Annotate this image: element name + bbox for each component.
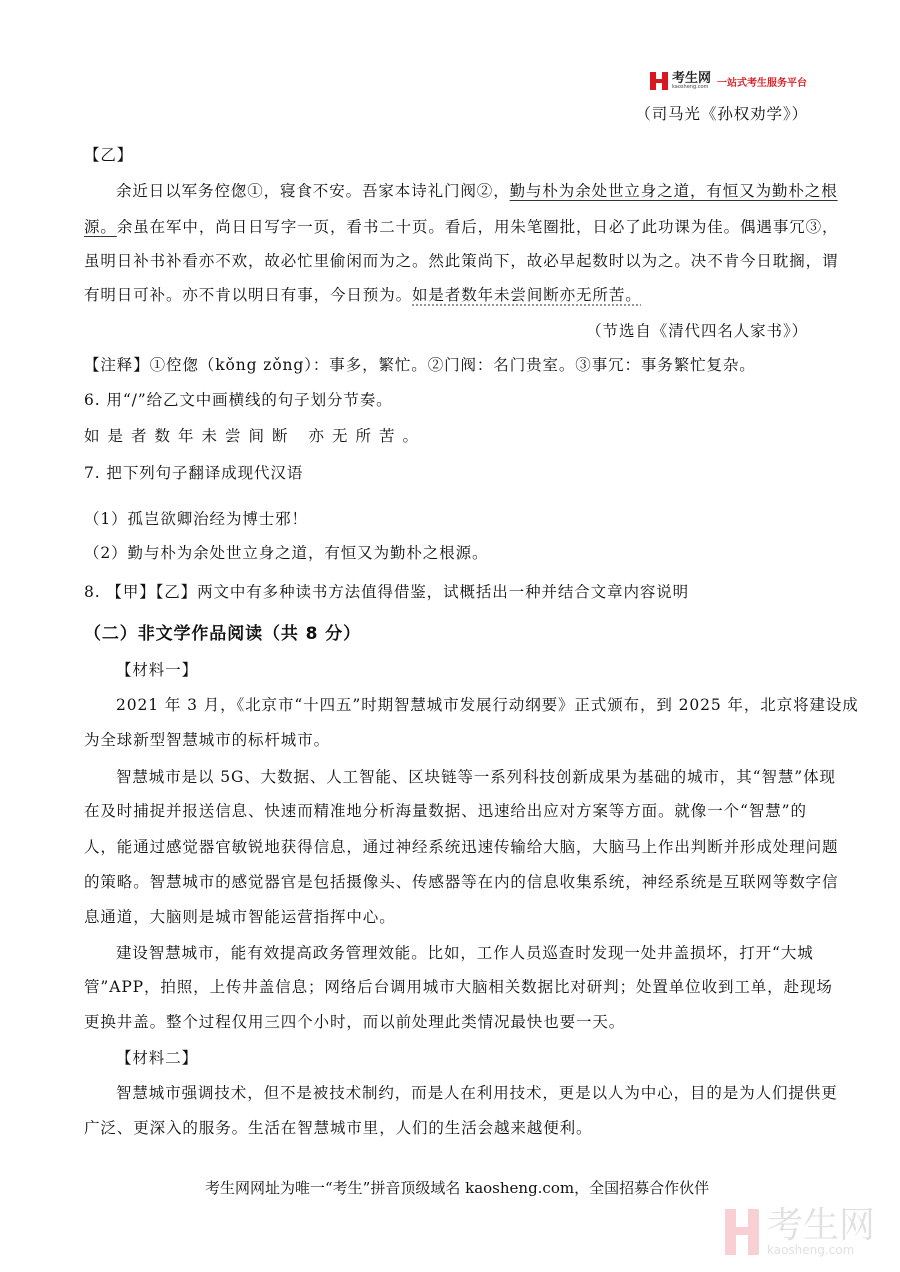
material-1-p2-line-3: 人，能通过感觉器官敏锐地获得信息，通过神经系统迅速传输给大脑，大脑马上作出判断并…	[84, 837, 838, 857]
material-1-p3-line-2: 管”APP，拍照，上传井盖信息；网络后台调用城市大脑相关数据比对研判；处置单位收…	[84, 977, 833, 997]
question-7: 7. 把下列句子翻译成现代汉语	[84, 463, 303, 483]
footer-text: 考生网网址为唯一“考生”拼音顶级域名 kaosheng.com，全国招募合作伙伴	[205, 1177, 709, 1198]
logo-slogan: 一站式考生服务平台	[717, 74, 807, 89]
underlined-sentence: 勤与朴为余处世立身之道，有恒又为勤朴之根	[510, 182, 838, 200]
passage-jia-source: （司马光《孙权劝学》）	[635, 104, 808, 124]
answer-segment: 如是者数年未尝间断	[84, 427, 296, 445]
material-1-p2-line-5: 息通道，大脑则是城市智能运营指挥中心。	[84, 907, 396, 927]
material-1-p2-line-2: 在及时捕捉并报送信息、快速而精准地分析海量数据、迅速给出应对方案等方面。就像一个…	[84, 801, 807, 821]
material-1-p2-line-4: 的策略。智慧城市的感觉器官是包括摄像头、传感器等在内的信息收集系统，神经系统是互…	[84, 872, 838, 892]
text-segment: 余虽在军中，尚日日写字一页，看书二十页。看后，用朱笔圈批，日必了此功课为佳。偶遇…	[117, 218, 839, 236]
passage-yi-line-2: 源。余虽在军中，尚日日写字一页，看书二十页。看后，用朱笔圈批，日必了此功课为佳。…	[84, 217, 838, 237]
material-2-p1-line-2: 广泛、更深入的服务。生活在智慧城市里，人们的生活会越来越便利。	[84, 1118, 592, 1138]
material-2-p1-line-1: 智慧城市强调技术，但不是被技术制约，而是人在利用技术，更是以人为中心，目的是为人…	[116, 1083, 838, 1103]
passage-yi-line-1: 余近日以军务倥偬①，寝食不安。吾家本诗礼门阀②，勤与朴为余处世立身之道，有恒又为…	[116, 181, 838, 201]
material-1-label: 【材料一】	[116, 660, 198, 680]
watermark-name: 考生网	[767, 1208, 875, 1244]
watermark-logo: 考生网 kaosheng.com	[725, 1208, 875, 1256]
site-logo: 考生网 kaosheng.com 一站式考生服务平台	[650, 72, 807, 90]
passage-yi-source: （节选自《清代四名人家书》）	[586, 321, 808, 341]
text-segment: 余近日以军务倥偬①，寝食不安。吾家本诗礼门阀②，	[116, 182, 510, 200]
material-1-p2-line-1: 智慧城市是以 5G、大数据、人工智能、区块链等一系列科技创新成果为基础的城市，其…	[116, 767, 836, 787]
underlined-sentence-end: 源。	[84, 218, 117, 236]
material-2-label: 【材料二】	[116, 1048, 198, 1068]
answer-segment: 亦无所苦。	[308, 427, 426, 445]
material-1-p1-line-2: 为全球新型智慧城市的标杆城市。	[84, 730, 330, 750]
dotted-underlined-sentence: 如是者数年未尝间断亦无所苦。	[412, 286, 642, 304]
text-segment: 有明日可补。亦不肯以明日有事，今日预为。	[84, 286, 412, 304]
question-6-answer: 如是者数年未尝间断 亦无所苦。	[84, 426, 426, 446]
passage-yi-label: 【乙】	[84, 145, 133, 165]
passage-yi-line-3: 虽明日补书补看亦不欢，故必忙里偷闲而为之。然此策尚下，故必早起数时以为之。决不肯…	[84, 251, 838, 271]
logo-mark-icon	[650, 72, 668, 90]
watermark-mark-icon	[725, 1209, 759, 1255]
watermark-domain: kaosheng.com	[767, 1244, 875, 1256]
material-1-p1-line-1: 2021 年 3 月，《北京市“十四五”时期智慧城市发展行动纲要》正式颁布，到 …	[116, 695, 859, 715]
section-heading: （二）非文学作品阅读（共 8 分）	[84, 624, 361, 644]
material-1-p3-line-3: 更换井盖。整个过程仅用三四个小时，而以前处理此类情况最快也要一天。	[84, 1012, 625, 1032]
material-1-p3-line-1: 建设智慧城市，能有效提高政务管理效能。比如，工作人员巡查时发现一处井盖损坏，打开…	[116, 943, 814, 963]
question-8: 8. 【甲】【乙】两文中有多种读书方法值得借鉴，试概括出一种并结合文章内容说明	[84, 582, 689, 602]
question-6: 6. 用“/”给乙文中画横线的句子划分节奏。	[84, 390, 393, 410]
logo-domain: kaosheng.com	[672, 85, 711, 90]
passage-yi-line-4: 有明日可补。亦不肯以明日有事，今日预为。如是者数年未尝间断亦无所苦。	[84, 285, 642, 305]
question-7-item-1: （1）孤岂欲卿治经为博士邪！	[84, 509, 308, 529]
question-7-item-2: （2）勤与朴为余处世立身之道，有恒又为勤朴之根源。	[84, 543, 488, 563]
annotation-notes: 【注释】①倥偬（kǒng zǒng）：事多，繁忙。②门阀：名门贵室。③事冗：事务…	[84, 355, 756, 375]
